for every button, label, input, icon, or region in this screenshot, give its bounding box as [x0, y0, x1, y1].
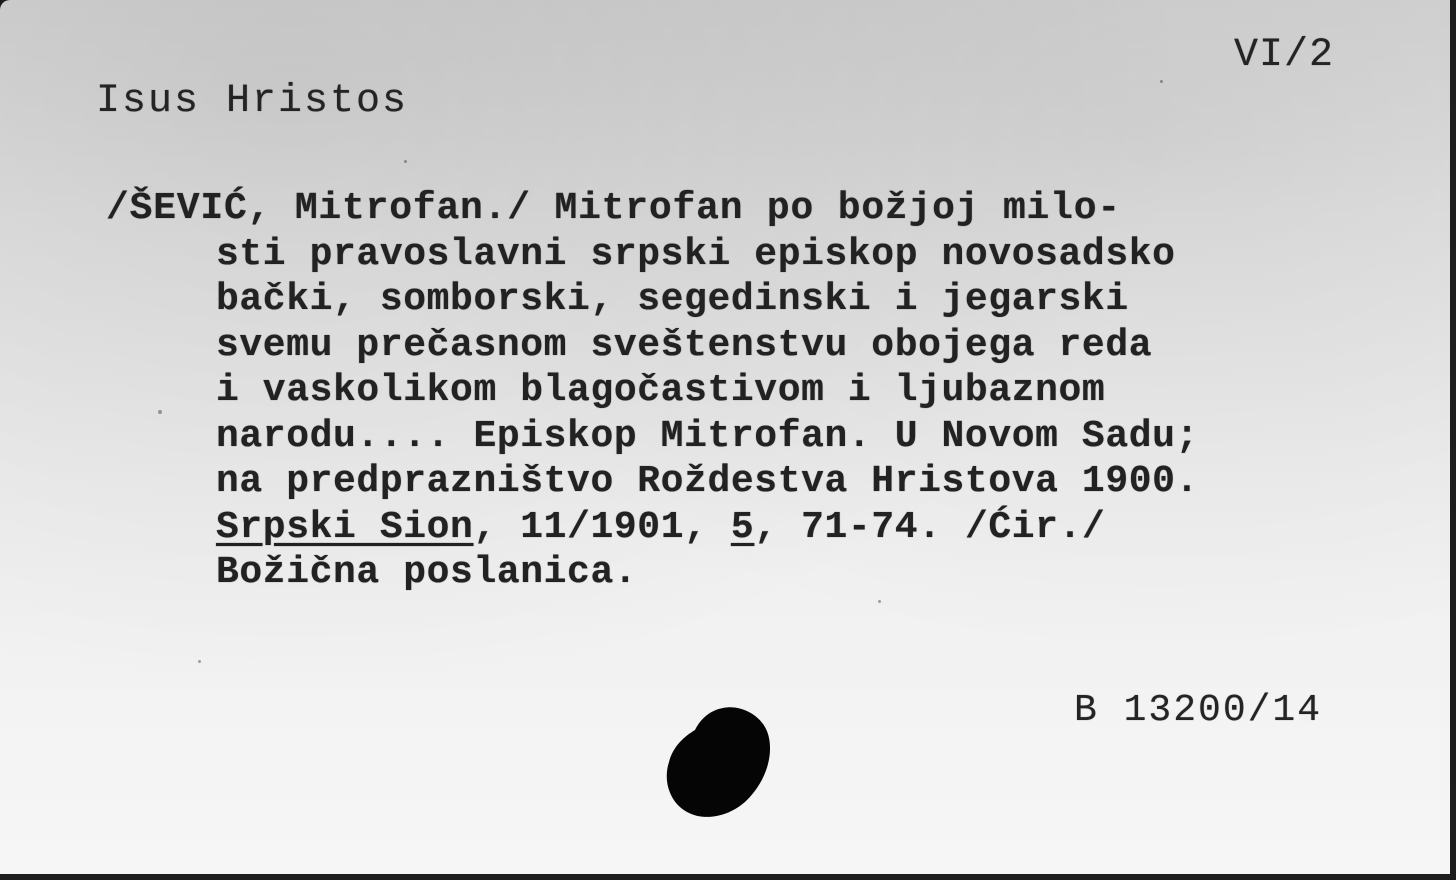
- page-range: 71-74: [801, 506, 918, 549]
- paper-speck: [198, 660, 201, 663]
- volume-year: 11/1901: [520, 506, 684, 549]
- bibliographic-entry: /ŠEVIĆ, Mitrofan./ Mitrofan po božjoj mi…: [106, 186, 1426, 596]
- source-citation-line: Srpski Sion, 11/1901, 5, 71-74. /Ćir./: [106, 505, 1426, 551]
- punch-hole: [661, 702, 781, 824]
- entry-line-5: i vaskolikom blagočastivom i ljubaznom: [106, 368, 1426, 414]
- call-number: B 13200/14: [1074, 692, 1322, 730]
- separator: .: [918, 506, 965, 549]
- entry-line-1: /ŠEVIĆ, Mitrofan./ Mitrofan po božjoj mi…: [106, 186, 1426, 232]
- script-note: /Ćir./: [965, 506, 1105, 549]
- separator: ,: [473, 506, 520, 549]
- annotation-line: Božična poslanica.: [106, 550, 1426, 596]
- paper-speck: [404, 160, 407, 163]
- paper-speck: [158, 410, 162, 414]
- entry-line-4: svemu prečasnom sveštenstvu obojega reda: [106, 323, 1426, 369]
- entry-line-6: narodu.... Episkop Mitrofan. U Novom Sad…: [106, 414, 1426, 460]
- journal-title: Srpski Sion: [216, 506, 473, 549]
- paper-speck: [878, 600, 881, 603]
- entry-line-2: sti pravoslavni srpski episkop novosadsk…: [106, 232, 1426, 278]
- issue-number: 5: [731, 506, 754, 549]
- catalog-card: Isus Hristos VI/2 /ŠEVIĆ, Mitrofan./ Mit…: [0, 0, 1456, 880]
- separator: ,: [684, 506, 731, 549]
- subject-heading: Isus Hristos: [96, 82, 408, 122]
- entry-line-7: na predprazništvo Roždestva Hristova 190…: [106, 459, 1426, 505]
- shelf-mark: VI/2: [1234, 36, 1334, 76]
- entry-line-3: bački, somborski, segedinski i jegarski: [106, 277, 1426, 323]
- separator: ,: [754, 506, 801, 549]
- paper-speck: [1160, 80, 1163, 83]
